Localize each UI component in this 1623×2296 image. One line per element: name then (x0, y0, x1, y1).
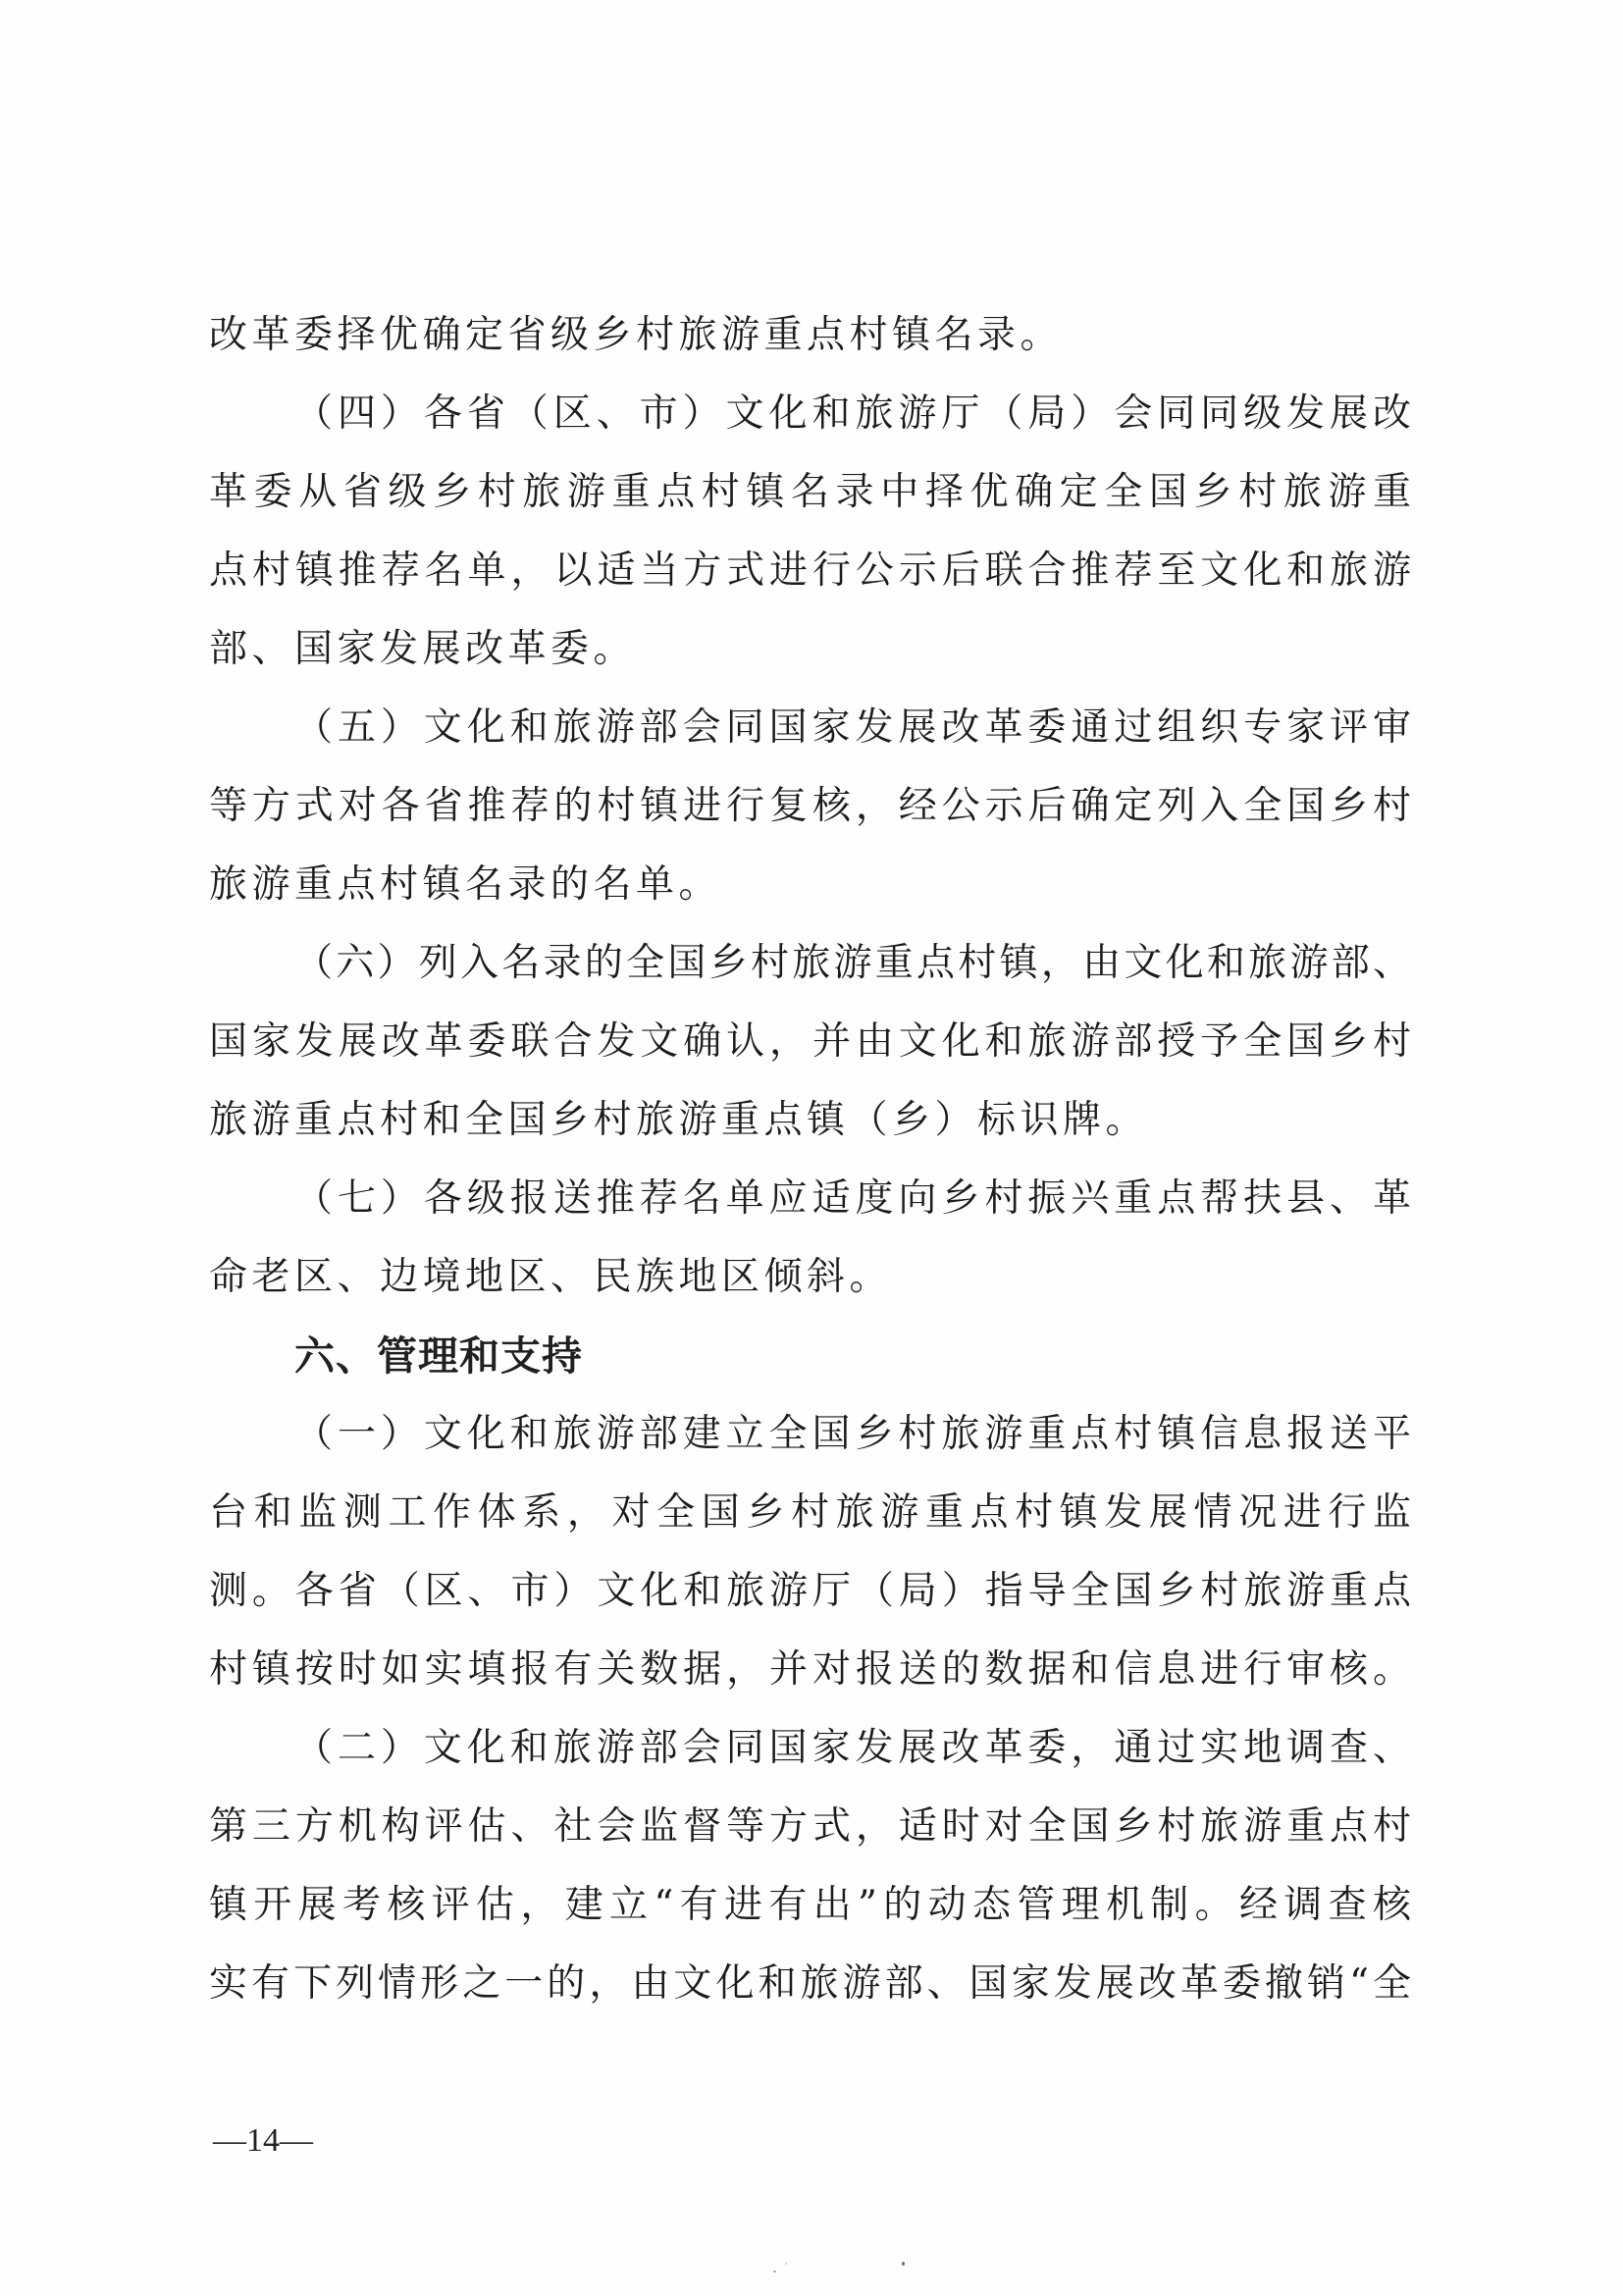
paragraph-line: （四）各省（区、市）文化和旅游厅（局）会同同级发展改 (294, 392, 1411, 436)
scan-artifact (902, 2262, 905, 2266)
paragraph-line: 镇开展考核评估，建立“有进有出”的动态管理机制。经调查核 (209, 1884, 1411, 1927)
paragraph-line: （一）文化和旅游部建立全国乡村旅游重点村镇信息报送平 (294, 1413, 1411, 1456)
section-heading: 六、管理和支持 (294, 1332, 583, 1380)
paragraph-line: 改革委择优确定省级乡村旅游重点村镇名录。 (209, 314, 1411, 357)
paragraph-line: 命老区、边境地区、民族地区倾斜。 (209, 1256, 1411, 1299)
paragraph-line: （五）文化和旅游部会同国家发展改革委通过组织专家评审 (294, 706, 1411, 750)
paragraph-line: 实有下列情形之一的，由文化和旅游部、国家发展改革委撤销“全 (209, 1962, 1411, 2006)
scan-artifact (785, 2263, 787, 2265)
paragraph-line: 等方式对各省推荐的村镇进行复核，经公示后确定列入全国乡村 (209, 785, 1411, 828)
paragraph-line: 台和监测工作体系，对全国乡村旅游重点村镇发展情况进行监 (209, 1491, 1411, 1535)
paragraph-line: 村镇按时如实填报有关数据，并对报送的数据和信息进行审核。 (209, 1648, 1411, 1692)
paragraph-line: 旅游重点村和全国乡村旅游重点镇（乡）标识牌。 (209, 1099, 1411, 1142)
scan-artifact (773, 2270, 776, 2272)
paragraph-line: 部、国家发展改革委。 (209, 628, 1411, 671)
paragraph-line: 革委从省级乡村旅游重点村镇名录中择优确定全国乡村旅游重 (209, 471, 1411, 514)
paragraph-line: 测。各省（区、市）文化和旅游厅（局）指导全国乡村旅游重点 (209, 1570, 1411, 1613)
paragraph-line: （六）列入名录的全国乡村旅游重点村镇，由文化和旅游部、 (294, 942, 1411, 985)
paragraph-line: 国家发展改革委联合发文确认，并由文化和旅游部授予全国乡村 (209, 1020, 1411, 1064)
paragraph-line: （二）文化和旅游部会同国家发展改革委，通过实地调查、 (294, 1727, 1411, 1770)
paragraph-line: （七）各级报送推荐名单应适度向乡村振兴重点帮扶县、革 (294, 1177, 1411, 1221)
paragraph-line: 点村镇推荐名单，以适当方式进行公示后联合推荐至文化和旅游 (209, 549, 1411, 593)
paragraph-line: 第三方机构评估、社会监督等方式，适时对全国乡村旅游重点村 (209, 1805, 1411, 1849)
paragraph-line: 旅游重点村镇名录的名单。 (209, 863, 1411, 907)
document-page: 改革委择优确定省级乡村旅游重点村镇名录。 （四）各省（区、市）文化和旅游厅（局）… (0, 0, 1623, 2296)
page-number: —14— (213, 2121, 313, 2161)
